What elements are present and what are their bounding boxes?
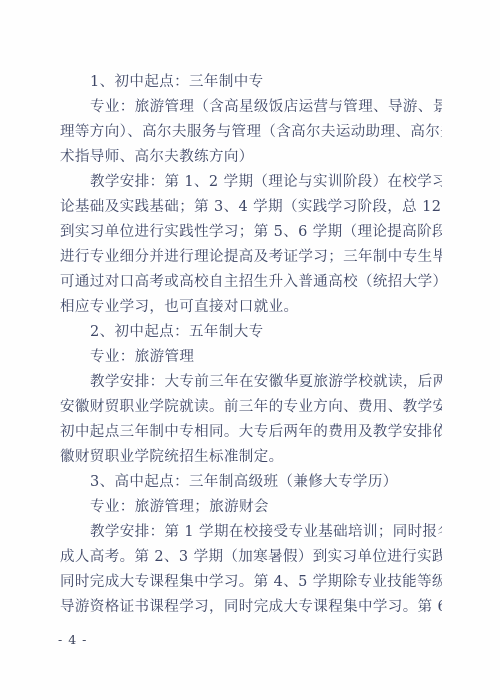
text-line: 相应专业学习，也可直接对口就业。 xyxy=(60,295,442,320)
section-heading: 3、高中起点：三年制高级班（兼修大专学历） xyxy=(60,470,442,495)
text-line: 导游资格证书课程学习，同时完成大专课程集中学习。第 6 学期 xyxy=(60,595,442,620)
document-page: 1、初中起点：三年制中专 专业：旅游管理（含高星级饭店运营与管理、导游、景区管 … xyxy=(0,0,500,700)
text-line: 初中起点三年制中专相同。大专后两年的费用及教学安排依据安 xyxy=(60,420,442,445)
text-line: 可通过对口高考或高校自主招生升入普通高校（统招大学）进行 xyxy=(60,270,442,295)
text-line: 进行专业细分并进行理论提高及考证学习；三年制中专生毕业时 xyxy=(60,245,442,270)
text-line: 术指导师、高尔夫教练方向） xyxy=(60,145,442,170)
text-line: 安徽财贸职业学院就读。前三年的专业方向、费用、教学安排与 xyxy=(60,395,442,420)
section-heading: 1、初中起点：三年制中专 xyxy=(60,70,442,95)
document-body: 1、初中起点：三年制中专 专业：旅游管理（含高星级饭店运营与管理、导游、景区管 … xyxy=(60,70,442,620)
section-junior-3yr-secondary: 1、初中起点：三年制中专 专业：旅游管理（含高星级饭店运营与管理、导游、景区管 … xyxy=(60,70,442,320)
page-number: - 4 - xyxy=(58,632,87,647)
text-line: 成人高考。第 2、3 学期（加寒暑假）到实习单位进行实践学习； xyxy=(60,545,442,570)
text-line: 徽财贸职业学院统招生标准制定。 xyxy=(60,445,442,470)
text-line: 到实习单位进行实践性学习；第 5、6 学期（理论提高阶段）回校 xyxy=(60,220,442,245)
section-heading: 2、初中起点：五年制大专 xyxy=(60,320,442,345)
text-line: 论基础及实践基础；第 3、4 学期（实践学习阶段，总 12 个月） xyxy=(60,195,442,220)
text-line: 专业：旅游管理（含高星级饭店运营与管理、导游、景区管 xyxy=(60,95,442,120)
text-line: 教学安排：第 1、2 学期（理论与实训阶段）在校学习专业理 xyxy=(60,170,442,195)
text-line: 同时完成大专课程集中学习。第 4、5 学期除专业技能等级证书、 xyxy=(60,570,442,595)
text-line: 专业：旅游管理；旅游财会 xyxy=(60,495,442,520)
text-line: 教学安排：大专前三年在安徽华夏旅游学校就读，后两年在 xyxy=(60,370,442,395)
text-line: 教学安排：第 1 学期在校接受专业基础培训；同时报名参加 xyxy=(60,520,442,545)
section-senior-3yr-advanced: 3、高中起点：三年制高级班（兼修大专学历） 专业：旅游管理；旅游财会 教学安排：… xyxy=(60,470,442,620)
text-line: 专业：旅游管理 xyxy=(60,345,442,370)
section-junior-5yr-college: 2、初中起点：五年制大专 专业：旅游管理 教学安排：大专前三年在安徽华夏旅游学校… xyxy=(60,320,442,470)
text-line: 理等方向）、高尔夫服务与管理（含高尔夫运动助理、高尔夫技 xyxy=(60,120,442,145)
